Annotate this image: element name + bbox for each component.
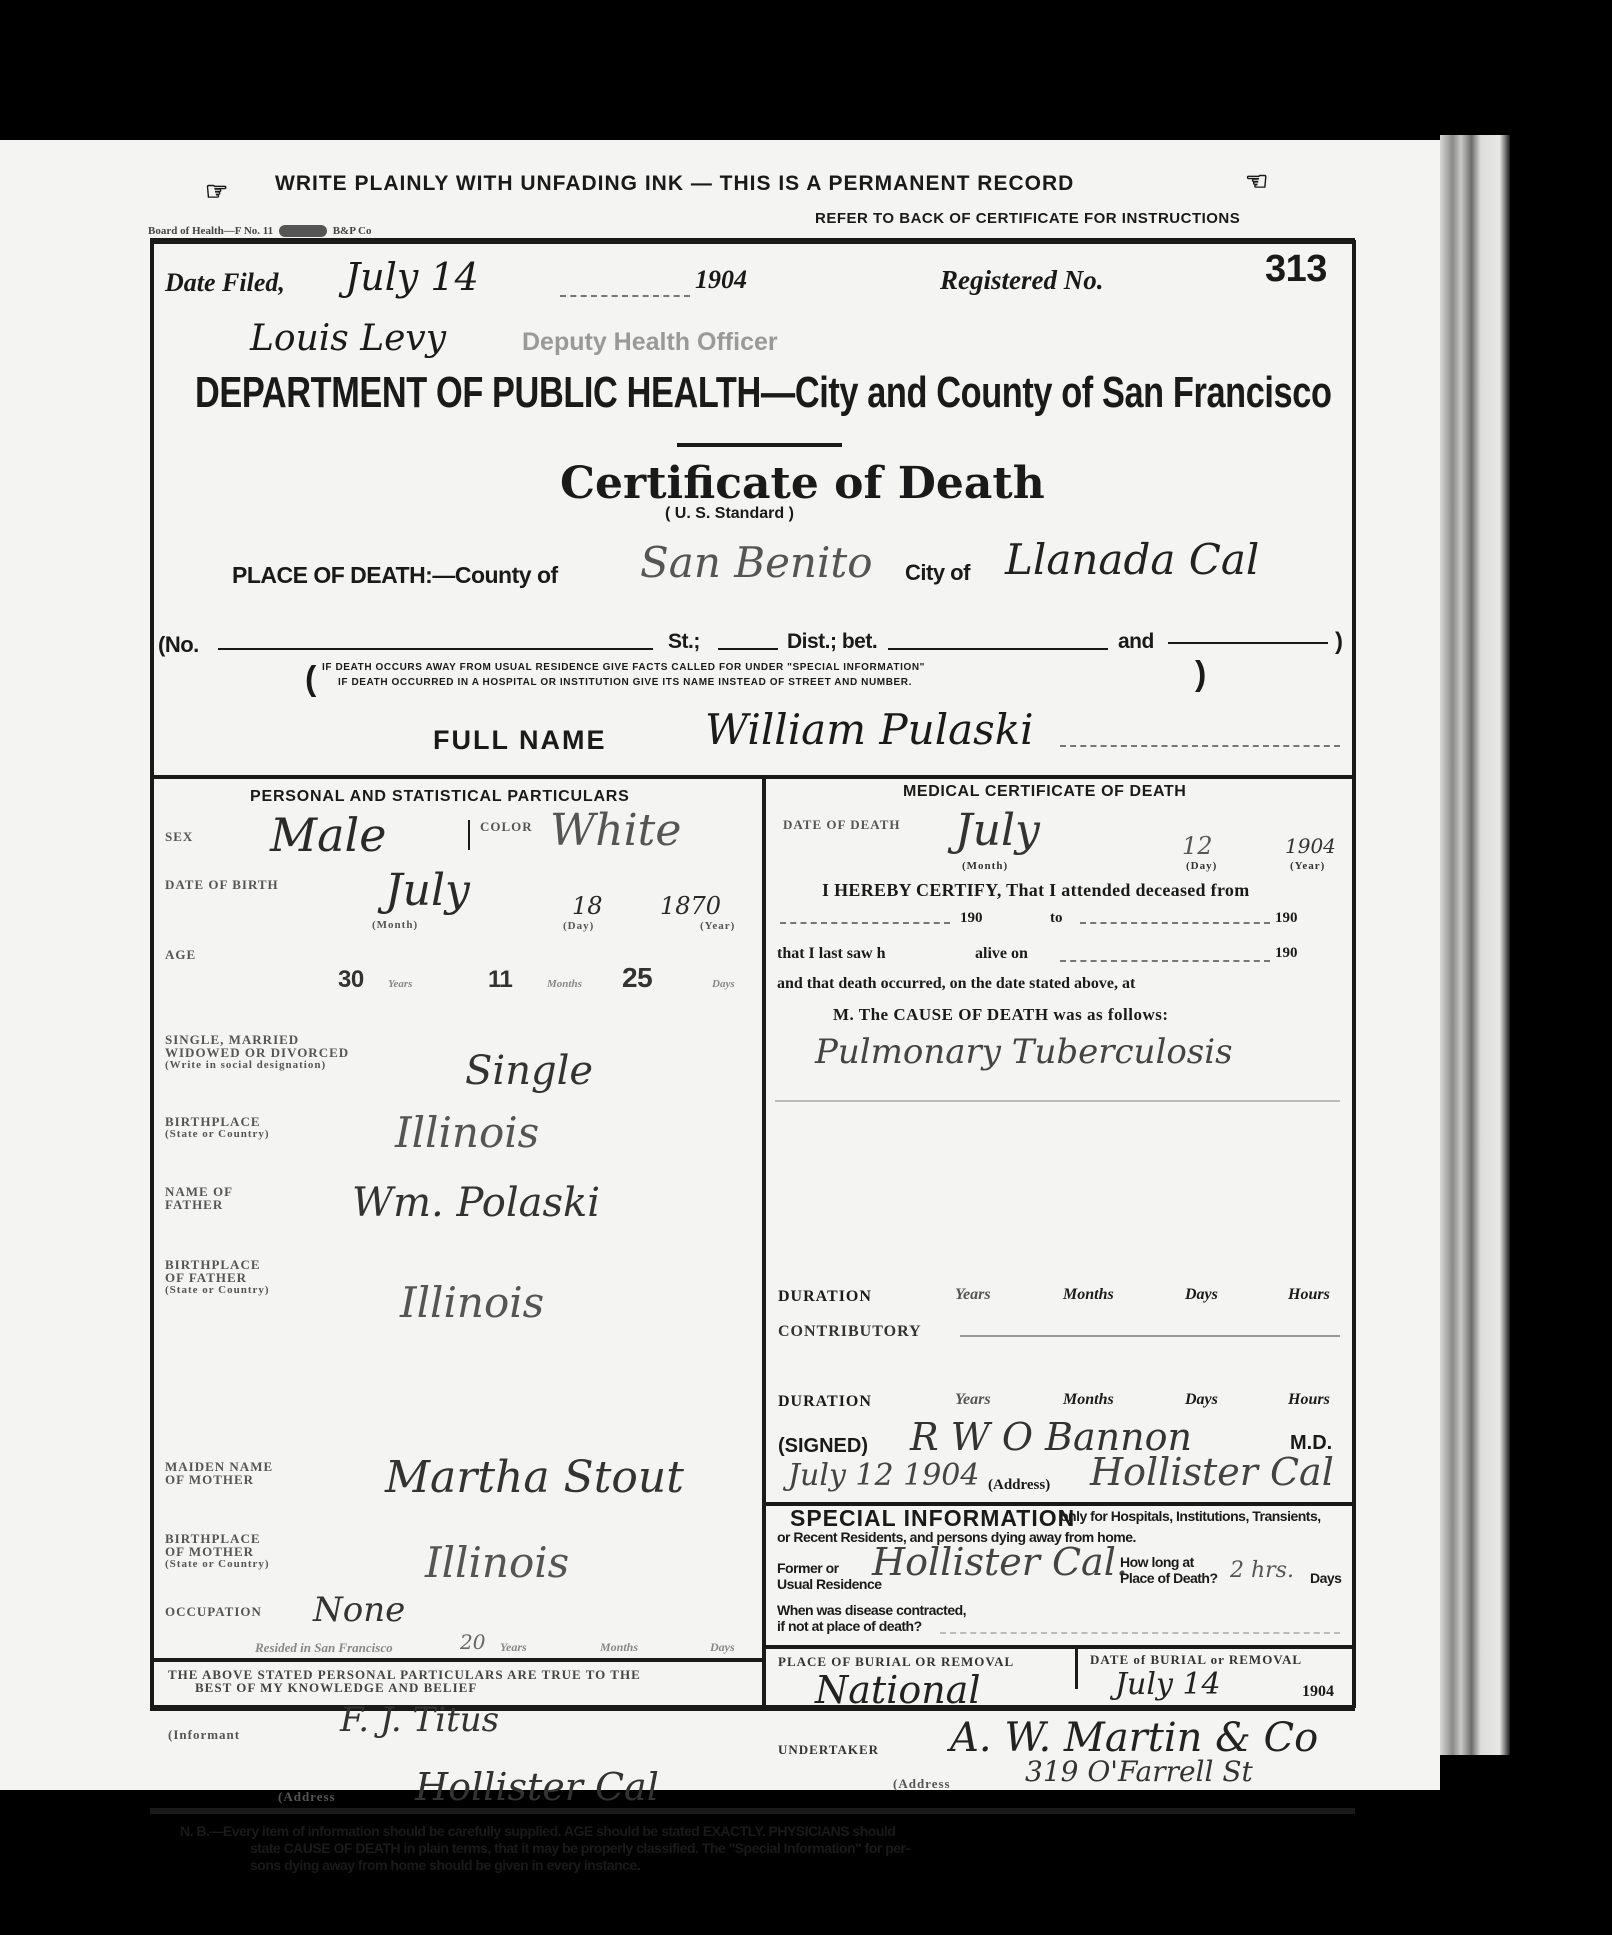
father-bp-label-2: OF FATHER bbox=[165, 1271, 247, 1284]
attest-line-2: BEST OF MY KNOWLEDGE AND BELIEF bbox=[195, 1681, 477, 1694]
burial-place-label: PLACE OF BURIAL OR REMOVAL bbox=[778, 1655, 1014, 1668]
father-label-2: FATHER bbox=[165, 1198, 223, 1211]
duration-label-1: DURATION bbox=[778, 1288, 872, 1306]
resided-days-label: Days bbox=[710, 1640, 735, 1655]
standard-label: ( U. S. Standard ) bbox=[665, 505, 794, 523]
duration-months-2: Months bbox=[1063, 1391, 1114, 1409]
location-note-1: IF DEATH OCCURS AWAY FROM USUAL RESIDENC… bbox=[322, 662, 925, 673]
registered-number: 313 bbox=[1265, 248, 1327, 291]
father-bp-label-3: (State or Country) bbox=[165, 1284, 270, 1297]
dod-month-label: (Month) bbox=[962, 860, 1008, 873]
registered-label: Registered No. bbox=[940, 265, 1103, 296]
banner: WRITE PLAINLY WITH UNFADING INK — THIS I… bbox=[275, 172, 1074, 196]
street-no-label: (No. bbox=[158, 632, 199, 658]
dod-day-label: (Day) bbox=[1186, 860, 1217, 873]
resided-years: 20 bbox=[460, 1630, 485, 1654]
undertaker-address-value: 319 O'Farrell St bbox=[1025, 1755, 1253, 1788]
resided-months-label: Months bbox=[600, 1640, 638, 1655]
alive-on-label: alive on bbox=[975, 945, 1028, 963]
to-190: 190 bbox=[1275, 910, 1298, 927]
occupation-label: OCCUPATION bbox=[165, 1605, 262, 1618]
age-months-label: Months bbox=[547, 978, 582, 990]
date-filed-label: Date Filed, bbox=[165, 268, 285, 298]
paren-right: ) bbox=[1195, 655, 1206, 694]
instructions-note: REFER TO BACK OF CERTIFICATE FOR INSTRUC… bbox=[815, 210, 1240, 227]
dob-day: 18 bbox=[572, 892, 603, 920]
age-months: 11 bbox=[488, 966, 512, 994]
former-residence-value: Hollister Cal. bbox=[872, 1540, 1128, 1584]
duration-years-1: Years bbox=[955, 1286, 991, 1304]
burial-place-value: National bbox=[815, 1668, 981, 1712]
certificate-title: Certificate of Death bbox=[560, 458, 1045, 509]
duration-years-2: Years bbox=[955, 1391, 991, 1409]
full-name-label: FULL NAME bbox=[433, 725, 607, 756]
special-heading: SPECIAL INFORMATION bbox=[790, 1505, 1075, 1532]
contracted-label-2: if not at place of death? bbox=[777, 1618, 922, 1634]
dob-month-label: (Month) bbox=[372, 919, 418, 932]
department-title: DEPARTMENT OF PUBLIC HEALTH—City and Cou… bbox=[195, 368, 1332, 418]
marital-value: Single bbox=[465, 1048, 593, 1094]
last-saw-label: that I last saw h bbox=[777, 945, 885, 963]
place-of-death-label: PLACE OF DEATH:—County of bbox=[232, 562, 558, 589]
age-label: AGE bbox=[165, 948, 196, 961]
age-years: 30 bbox=[338, 966, 364, 994]
color-value: White bbox=[550, 805, 681, 856]
certificate-page: ☞ WRITE PLAINLY WITH UNFADING INK — THIS… bbox=[0, 140, 1440, 1790]
county-value: San Benito bbox=[640, 538, 873, 587]
form-id: Board of Health—F No. 11 B&P Co bbox=[148, 225, 372, 237]
duration-months-1: Months bbox=[1063, 1286, 1114, 1304]
dob-label: DATE OF BIRTH bbox=[165, 878, 279, 891]
color-label: COLOR bbox=[480, 820, 533, 833]
resided-years-label: Years bbox=[500, 1640, 527, 1655]
marital-label-3: (Write in social designation) bbox=[165, 1059, 326, 1072]
informant-value: F. J. Titus bbox=[340, 1700, 499, 1740]
duration-days-1: Days bbox=[1185, 1286, 1218, 1304]
duration-hours-1: Hours bbox=[1288, 1286, 1330, 1304]
father-value: Wm. Polaski bbox=[352, 1180, 600, 1226]
mother-label-2: OF MOTHER bbox=[165, 1473, 254, 1486]
footnote-line-2: state CAUSE OF DEATH in plain terms, tha… bbox=[250, 1840, 910, 1856]
former-residence-label-2: Usual Residence bbox=[777, 1576, 882, 1592]
location-note-2: IF DEATH OCCURRED IN A HOSPITAL OR INSTI… bbox=[338, 677, 912, 688]
city-value: Llanada Cal bbox=[1005, 535, 1259, 584]
duration-hours-2: Hours bbox=[1288, 1391, 1330, 1409]
informant-label: (Informant bbox=[168, 1728, 240, 1741]
date-filed-value: July 14 bbox=[345, 255, 479, 299]
dod-label: DATE OF DEATH bbox=[783, 818, 901, 831]
marital-label-2: WIDOWED OR DIVORCED bbox=[165, 1046, 349, 1059]
age-years-label: Years bbox=[388, 978, 412, 990]
alive-190: 190 bbox=[1275, 945, 1298, 962]
dod-month: July bbox=[955, 805, 1040, 856]
paren-left: ( bbox=[305, 660, 316, 699]
contracted-label-1: When was disease contracted, bbox=[777, 1602, 966, 1618]
birthplace-label-2: (State or Country) bbox=[165, 1128, 270, 1141]
former-residence-label-1: Former or bbox=[777, 1560, 839, 1576]
dob-day-label: (Day) bbox=[563, 920, 594, 933]
duration-label-2: DURATION bbox=[778, 1393, 872, 1411]
date-filed-year: 1904 bbox=[695, 265, 747, 295]
physician-address: Hollister Cal bbox=[1090, 1450, 1334, 1494]
age-days-label: Days bbox=[712, 978, 735, 990]
to-label: to bbox=[1050, 910, 1063, 927]
sex-value: Male bbox=[270, 808, 386, 862]
resided-label: Resided in San Francisco bbox=[255, 1640, 393, 1656]
how-long-label-1: How long at bbox=[1120, 1554, 1194, 1570]
how-long-value: 2 hrs. bbox=[1230, 1558, 1294, 1583]
how-long-label-2: Place of Death? bbox=[1120, 1570, 1218, 1586]
father-birthplace-value: Illinois bbox=[400, 1278, 544, 1327]
birthplace-value: Illinois bbox=[395, 1108, 539, 1157]
dob-year-label: (Year) bbox=[700, 920, 735, 933]
how-long-unit: Days bbox=[1310, 1570, 1341, 1586]
close-paren: ) bbox=[1335, 628, 1343, 656]
burial-date-value: July 14 bbox=[1115, 1667, 1221, 1702]
sex-label: SEX bbox=[165, 830, 193, 843]
special-heading-note: only for Hospitals, Institutions, Transi… bbox=[1060, 1508, 1321, 1524]
certify-text: I HEREBY CERTIFY, That I attended deceas… bbox=[822, 880, 1250, 901]
book-binding bbox=[1440, 135, 1510, 1755]
officer-signature: Louis Levy bbox=[250, 318, 446, 359]
physician-address-label: (Address) bbox=[988, 1477, 1050, 1494]
street-label: St.; bbox=[668, 630, 700, 654]
cause-value: Pulmonary Tuberculosis bbox=[815, 1032, 1233, 1072]
district-label: Dist.; bet. bbox=[787, 630, 877, 654]
city-label: City of bbox=[905, 560, 970, 586]
mother-birthplace-value: Illinois bbox=[425, 1538, 569, 1587]
dob-month: July bbox=[385, 865, 470, 916]
burial-date-label: DATE of BURIAL or REMOVAL bbox=[1090, 1653, 1302, 1666]
footnote-line-3: sons dying away from home should be give… bbox=[250, 1857, 640, 1873]
contributory-label: CONTRIBUTORY bbox=[778, 1323, 922, 1341]
mother-value: Martha Stout bbox=[385, 1452, 684, 1503]
dod-day: 12 bbox=[1182, 832, 1213, 860]
mother-bp-label-3: (State or Country) bbox=[165, 1558, 270, 1571]
and-label: and bbox=[1118, 630, 1154, 654]
death-occurred-label: and that death occurred, on the date sta… bbox=[777, 975, 1135, 993]
mother-bp-label-2: OF MOTHER bbox=[165, 1545, 254, 1558]
age-days: 25 bbox=[622, 962, 652, 994]
dod-year: 1904 bbox=[1285, 834, 1336, 858]
occupation-value: None bbox=[313, 1590, 405, 1630]
footnote-line-1: N. B.—Every item of information should b… bbox=[180, 1823, 895, 1839]
cause-label: M. The CAUSE OF DEATH was as follows: bbox=[833, 1005, 1169, 1025]
personal-heading: PERSONAL AND STATISTICAL PARTICULARS bbox=[250, 788, 630, 806]
full-name-value: William Pulaski bbox=[705, 705, 1034, 754]
undertaker-address-label: (Address bbox=[893, 1777, 951, 1790]
signed-label: (SIGNED) bbox=[778, 1435, 868, 1458]
duration-days-2: Days bbox=[1185, 1391, 1218, 1409]
medical-heading: MEDICAL CERTIFICATE OF DEATH bbox=[903, 783, 1186, 801]
undertaker-label: UNDERTAKER bbox=[778, 1743, 879, 1756]
informant-address-value: Hollister Cal bbox=[415, 1765, 659, 1809]
banner-hand-icon-left: ☞ bbox=[205, 176, 228, 207]
dod-year-label: (Year) bbox=[1290, 860, 1325, 873]
from-190: 190 bbox=[960, 910, 983, 927]
union-seal-icon bbox=[279, 225, 327, 237]
signed-date: July 12 1904 bbox=[788, 1458, 979, 1493]
dob-year: 1870 bbox=[660, 892, 721, 920]
birthplace-label-1: BIRTHPLACE bbox=[165, 1115, 261, 1128]
burial-year: 1904 bbox=[1302, 1683, 1334, 1701]
informant-address-label: (Address bbox=[278, 1790, 336, 1803]
officer-title: Deputy Health Officer bbox=[522, 328, 778, 357]
banner-hand-icon-right: ☜ bbox=[1245, 166, 1268, 197]
